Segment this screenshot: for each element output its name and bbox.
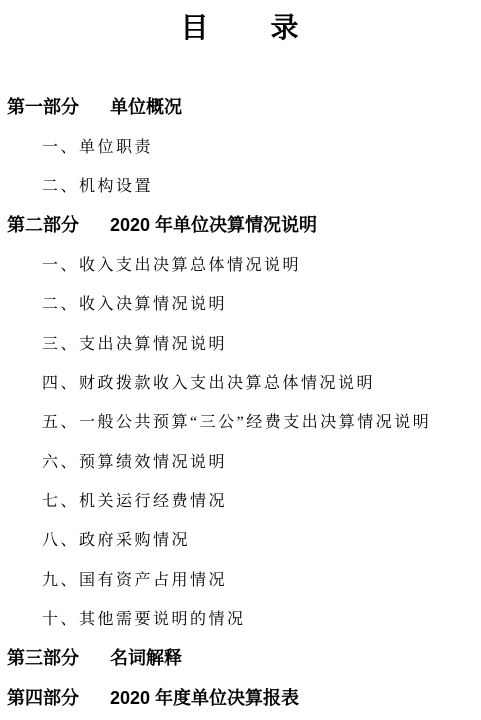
section-part-label: 第一部分 [7, 93, 110, 119]
page-title: 目 录 [0, 0, 481, 48]
section-title: 2020 年度单位决算报表 [110, 684, 299, 710]
toc-entry: 二、机构设置 [0, 165, 481, 204]
section-title: 2020 年单位决算情况说明 [110, 211, 317, 237]
toc-entry: 七、机关运行经费情况 [0, 480, 481, 519]
toc-section-heading: 第二部分 2020 年单位决算情况说明 [0, 204, 481, 243]
toc-entry: 一、单位职责 [0, 125, 481, 164]
toc-entry: 五、一般公共预算“三公”经费支出决算情况说明 [0, 401, 481, 440]
toc-entry: 三、支出决算情况说明 [0, 322, 481, 361]
toc-entry: 八、政府采购情况 [0, 519, 481, 558]
toc-list: 第一部分 单位概况 一、单位职责 二、机构设置 第二部分 2020 年单位决算情… [0, 86, 481, 716]
toc-entry: 十、其他需要说明的情况 [0, 598, 481, 637]
toc-page: 目 录 第一部分 单位概况 一、单位职责 二、机构设置 第二部分 2020 年单… [0, 0, 481, 720]
toc-entry: 九、国有资产占用情况 [0, 559, 481, 598]
section-title: 名词解释 [110, 644, 182, 670]
toc-section-heading: 第四部分 2020 年度单位决算报表 [0, 677, 481, 716]
toc-entry: 一、收入支出决算总体情况说明 [0, 244, 481, 283]
toc-entry: 二、收入决算情况说明 [0, 283, 481, 322]
toc-section-heading: 第一部分 单位概况 [0, 86, 481, 125]
toc-entry: 六、预算绩效情况说明 [0, 441, 481, 480]
section-part-label: 第三部分 [7, 644, 110, 670]
section-title: 单位概况 [110, 93, 182, 119]
toc-section-heading: 第三部分 名词解释 [0, 637, 481, 676]
section-part-label: 第二部分 [7, 211, 110, 237]
toc-entry: 四、财政拨款收入支出决算总体情况说明 [0, 362, 481, 401]
section-part-label: 第四部分 [7, 684, 110, 710]
